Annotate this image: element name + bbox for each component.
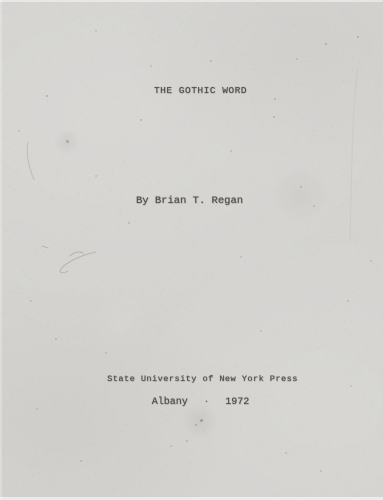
imprint-separator-dot: ·: [204, 397, 209, 408]
dust-speck: [36, 408, 38, 410]
imprint-line: Albany · 1972: [9, 397, 383, 408]
scan-grain-texture: [0, 0, 383, 500]
dust-speck: [230, 150, 232, 152]
dust-speck: [95, 175, 97, 177]
author-byline: By Brian T. Regan: [0, 195, 381, 207]
dust-speck: [325, 43, 327, 45]
scan-blotches: [0, 0, 383, 500]
dust-speck: [30, 300, 32, 302]
dust-speck: [95, 30, 97, 32]
left-crease-mark: [27, 142, 34, 180]
dust-speck: [370, 260, 372, 262]
dust-speck: [18, 130, 20, 132]
dust-speck: [274, 98, 276, 100]
dust-speck: [210, 60, 212, 62]
scan-marks-layer: [0, 0, 383, 500]
publisher-line: State University of New York Press: [11, 374, 383, 384]
dust-speck: [150, 65, 152, 67]
dust-speck: [140, 119, 142, 121]
dust-speck: [347, 300, 349, 302]
dust-speck: [285, 452, 287, 454]
dust-speck: [170, 445, 172, 447]
dust-speck: [200, 419, 203, 422]
scanned-title-page: THE GOTHIC WORD By Brian T. Regan State …: [0, 0, 383, 500]
dust-speck: [240, 256, 242, 258]
dust-speck: [66, 140, 69, 143]
dust-speck: [128, 222, 130, 224]
dust-speck: [296, 58, 298, 60]
dust-speck: [80, 460, 82, 462]
dust-speck: [320, 470, 322, 472]
book-title: THE GOTHIC WORD: [9, 85, 383, 96]
dust-speck: [195, 424, 197, 426]
dust-speck: [357, 36, 359, 38]
dust-speck: [260, 330, 262, 332]
dust-speck: [55, 338, 57, 340]
imprint-year: 1972: [225, 397, 249, 408]
dust-speck: [186, 440, 188, 442]
dust-speck: [273, 116, 275, 118]
dust-speck: [350, 385, 352, 387]
imprint-city: Albany: [152, 397, 188, 408]
dust-speck: [300, 186, 302, 188]
pencil-squiggle-mark: [42, 246, 96, 273]
dust-speck: [105, 352, 107, 354]
